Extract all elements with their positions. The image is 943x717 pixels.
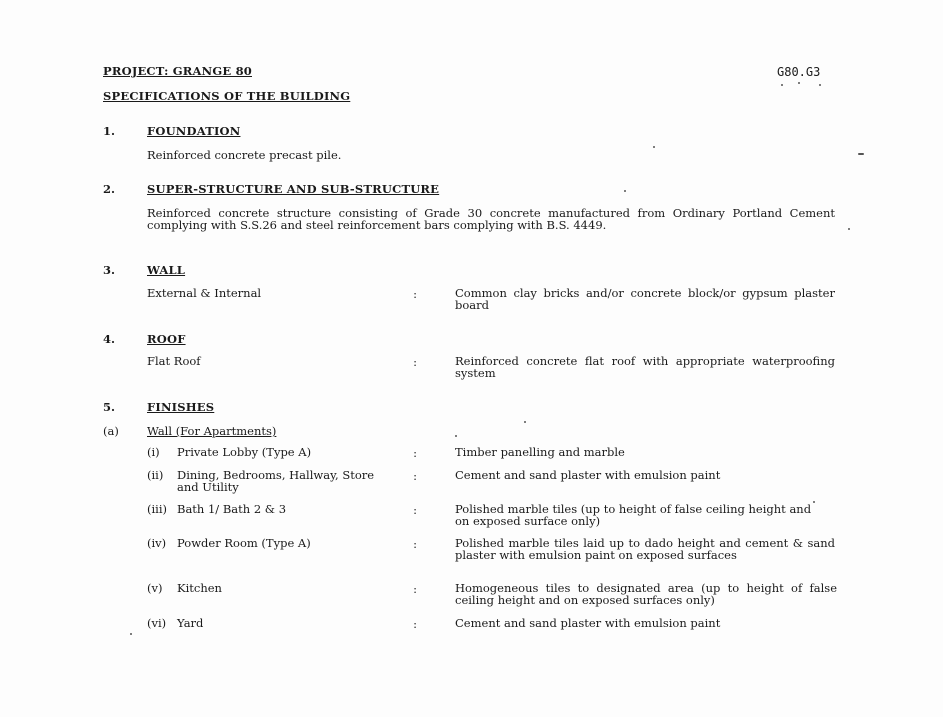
row-index: (v): [147, 582, 162, 594]
section-number: 5.: [103, 400, 115, 414]
row-index: (i): [147, 446, 160, 458]
scan-speck: [524, 421, 526, 423]
spec-value: Common clay bricks and/or concrete block…: [455, 287, 835, 311]
section-heading-foundation: FOUNDATION: [147, 124, 240, 138]
row-label: Kitchen: [177, 582, 397, 594]
spec-label: External & Internal: [147, 287, 261, 299]
row-label: Powder Room (Type A): [177, 537, 397, 549]
section-heading-finishes: FINISHES: [147, 400, 214, 414]
row-label: Dining, Bedrooms, Hallway, Store and Uti…: [177, 469, 397, 493]
scan-speck: [781, 84, 783, 86]
foundation-text: Reinforced concrete precast pile.: [147, 148, 341, 162]
spec-colon: :: [410, 617, 420, 631]
row-value: Cement and sand plaster with emulsion pa…: [455, 617, 835, 629]
project-title: PROJECT: GRANGE 80: [103, 64, 252, 78]
subsection-heading: Wall (For Apartments): [147, 424, 276, 438]
row-value: Polished marble tiles laid up to dado he…: [455, 537, 835, 561]
spec-colon: :: [410, 537, 420, 551]
spec-colon: :: [410, 469, 420, 483]
row-index: (iii): [147, 503, 167, 515]
spec-colon: :: [410, 287, 420, 301]
scan-speck: [798, 82, 800, 84]
document-code: G80.G3: [777, 65, 820, 79]
row-label: Yard: [177, 617, 397, 629]
row-index: (iv): [147, 537, 166, 549]
spec-colon: :: [410, 446, 420, 460]
spec-colon: :: [410, 582, 420, 596]
structure-text: Reinforced concrete structure consisting…: [147, 207, 835, 231]
scan-speck: [848, 228, 850, 230]
scan-speck: [819, 84, 821, 86]
section-heading-structure: SUPER-STRUCTURE AND SUB-STRUCTURE: [147, 182, 439, 196]
row-label: Private Lobby (Type A): [177, 446, 397, 458]
spec-colon: :: [410, 355, 420, 369]
section-number: 4.: [103, 332, 115, 346]
scan-speck: [130, 633, 132, 635]
row-label: Bath 1/ Bath 2 & 3: [177, 503, 397, 515]
section-heading-wall: WALL: [147, 263, 185, 277]
spec-label: Flat Roof: [147, 355, 201, 367]
subsection-number: (a): [103, 424, 119, 438]
scan-speck: [653, 146, 655, 148]
scan-speck: [858, 153, 864, 155]
section-number: 1.: [103, 124, 115, 138]
spec-value: Reinforced concrete flat roof with appro…: [455, 355, 835, 379]
row-index: (vi): [147, 617, 166, 629]
scan-speck: [813, 501, 815, 503]
row-value: Polished marble tiles (up to height of f…: [455, 503, 820, 527]
row-value: Cement and sand plaster with emulsion pa…: [455, 469, 835, 481]
section-number: 3.: [103, 263, 115, 277]
spec-colon: :: [410, 503, 420, 517]
row-index: (ii): [147, 469, 163, 481]
section-heading-roof: ROOF: [147, 332, 186, 346]
scan-speck: [624, 190, 626, 192]
row-value: Homogeneous tiles to designated area (up…: [455, 582, 837, 606]
page-title: SPECIFICATIONS OF THE BUILDING: [103, 89, 350, 103]
section-number: 2.: [103, 182, 115, 196]
scan-speck: [455, 435, 457, 437]
row-value: Timber panelling and marble: [455, 446, 835, 458]
